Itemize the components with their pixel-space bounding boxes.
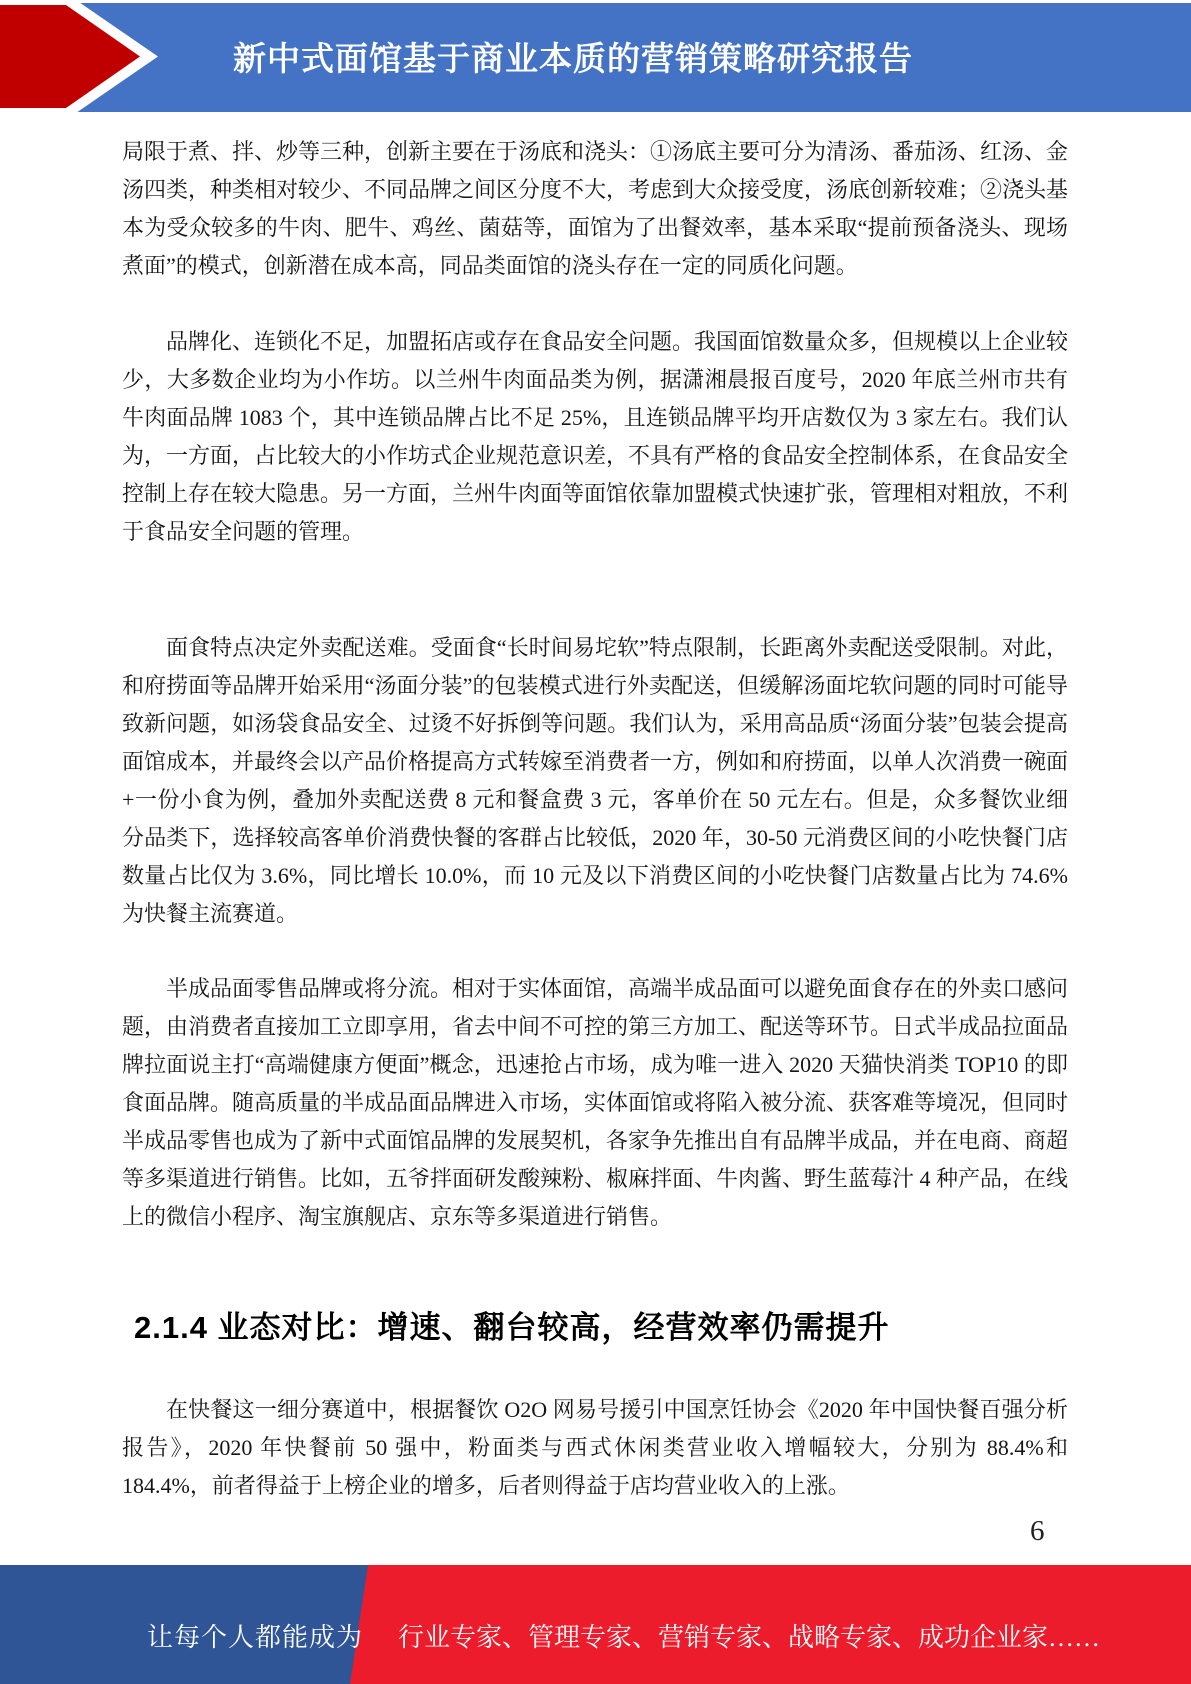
body-paragraph-retail: 半成品面零售品牌或将分流。相对于实体面馆，高端半成品面可以避免面食存在的外卖口感… — [122, 970, 1068, 1236]
report-header-banner: 新中式面馆基于商业本质的营销策略研究报告 — [0, 0, 1191, 113]
document-page: 新中式面馆基于商业本质的营销策略研究报告 局限于煮、拌、炒等三种，创新主要在于汤… — [0, 0, 1191, 1684]
closing-paragraph: 在快餐这一细分赛道中，根据餐饮 O2O 网易号援引中国烹饪协会《2020 年中国… — [122, 1391, 1068, 1505]
body-paragraph-delivery: 面食特点决定外卖配送难。受面食“长时间易坨软”特点限制，长距离外卖配送受限制。对… — [122, 629, 1068, 933]
page-footer: 让每个人都能成为 行业专家、管理专家、营销专家、战略专家、成功企业家…… — [0, 1565, 1191, 1684]
report-title: 新中式面馆基于商业本质的营销策略研究报告 — [0, 0, 1191, 113]
section-heading-2-1-4: 2.1.4 业态对比：增速、翻台较高，经营效率仍需提升 — [134, 1309, 1074, 1347]
page-number: 6 — [1030, 1515, 1045, 1548]
body-paragraph-branding: 品牌化、连锁化不足，加盟拓店或存在食品安全问题。我国面馆数量众多，但规模以上企业… — [122, 323, 1068, 551]
body-paragraph-continuation: 局限于煮、拌、炒等三种，创新主要在于汤底和浇头：①汤底主要可分为清汤、番茄汤、红… — [122, 133, 1068, 285]
footer-slogan-right: 行业专家、管理专家、营销专家、战略专家、成功企业家…… — [398, 1617, 1100, 1654]
footer-slogan-left: 让每个人都能成为 — [147, 1617, 363, 1654]
